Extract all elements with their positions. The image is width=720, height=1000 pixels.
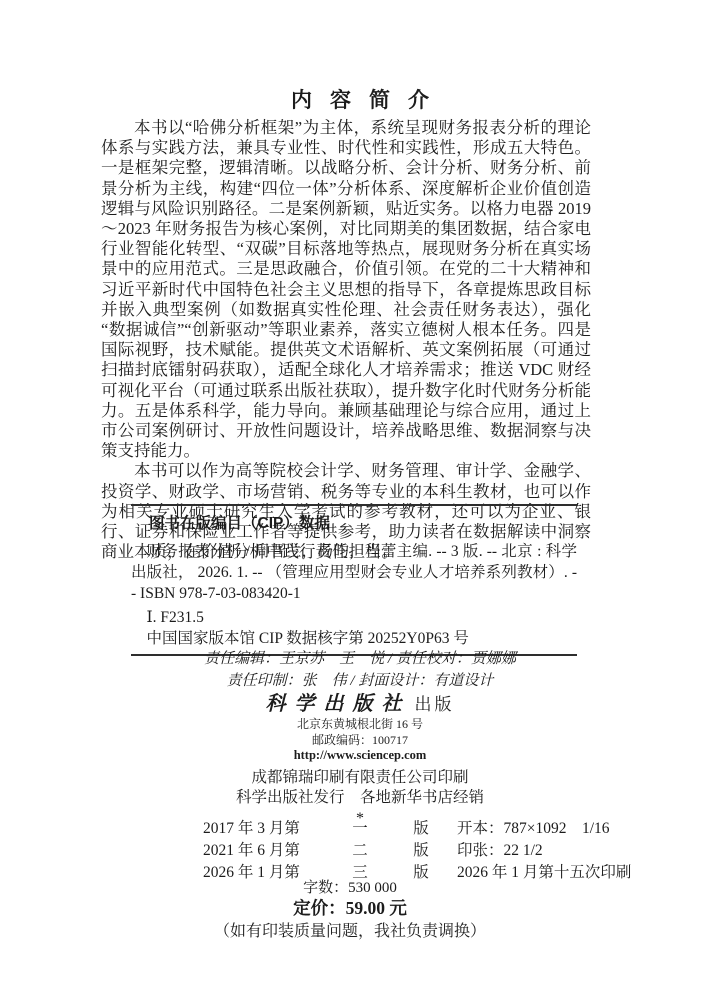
cip-entry: 财务报表分析 / 周晋兰，杨昀，程蕾主编. -- 3 版. -- 北京 : 科学… <box>131 541 577 604</box>
cip-record-number: 中国国家版本馆 CIP 数据核字第 20252Y0P63 号 <box>131 628 577 649</box>
edition-ordinal: 一 <box>325 818 395 840</box>
word-count-line: 字数：530 000 <box>100 876 600 897</box>
credits-print-line: 责任印制：张 伟 / 封面设计：有道设计 <box>100 671 620 693</box>
cip-classification: Ⅰ. F231.5 <box>131 607 577 628</box>
printer-line: 成都锦瑞印刷有限责任公司印刷 <box>100 768 620 788</box>
edition-label: 版 <box>395 818 447 840</box>
staff-credits: 责任编辑：王京苏 王 悦 / 责任校对：贾娜娜 责任印制：张 伟 / 封面设计：… <box>100 649 620 692</box>
publisher-website: http://www.sciencep.com <box>100 748 620 764</box>
edition-row-1: 2017 年 3 月第 一 版 开本：787×1092 1/16 <box>203 818 631 840</box>
cip-title: 图书在版编目（CIP）数据 <box>131 513 577 534</box>
publish-label: 出版 <box>415 695 455 714</box>
credits-editors-line: 责任编辑：王京苏 王 悦 / 责任校对：贾娜娜 <box>100 649 620 671</box>
intro-paragraph-1: 本书以“哈佛分析框架”为主体，系统呈现财务报表分析的理论体系与实践方法，兼具专业… <box>101 118 591 461</box>
publisher-logo-line: 科学出版社出版 <box>100 692 620 717</box>
cip-box: 图书在版编目（CIP）数据 财务报表分析 / 周晋兰，杨昀，程蕾主编. -- 3… <box>131 504 577 656</box>
content-intro-heading: 内容简介 <box>0 84 720 114</box>
publisher-block: 科学出版社出版 北京东黄城根北街 16 号 邮政编码：100717 http:/… <box>100 692 620 826</box>
edition-date: 2017 年 3 月第 <box>203 818 325 840</box>
quality-exchange-note: （如有印装质量问题，我社负责调换） <box>100 918 600 941</box>
price-line: 定价：59.00 元 <box>100 895 600 920</box>
edition-ordinal: 二 <box>325 840 395 862</box>
edition-info: 印张：22 1/2 <box>457 840 543 862</box>
edition-label: 版 <box>395 840 447 862</box>
edition-history-table: 2017 年 3 月第 一 版 开本：787×1092 1/16 2021 年 … <box>203 818 631 884</box>
publisher-name-logotype: 科学出版社 <box>266 693 411 715</box>
edition-row-2: 2021 年 6 月第 二 版 印张：22 1/2 <box>203 840 631 862</box>
book-copyright-page: 内容简介 本书以“哈佛分析框架”为主体，系统呈现财务报表分析的理论体系与实践方法… <box>0 0 720 1000</box>
edition-info: 开本：787×1092 1/16 <box>457 818 610 840</box>
edition-date: 2021 年 6 月第 <box>203 840 325 862</box>
content-intro-body: 本书以“哈佛分析框架”为主体，系统呈现财务报表分析的理论体系与实践方法，兼具专业… <box>101 118 591 562</box>
publisher-address: 北京东黄城根北街 16 号 <box>100 717 620 733</box>
publisher-postcode: 邮政编码：100717 <box>100 733 620 749</box>
distribution-line: 科学出版社发行 各地新华书店经销 <box>100 788 620 808</box>
